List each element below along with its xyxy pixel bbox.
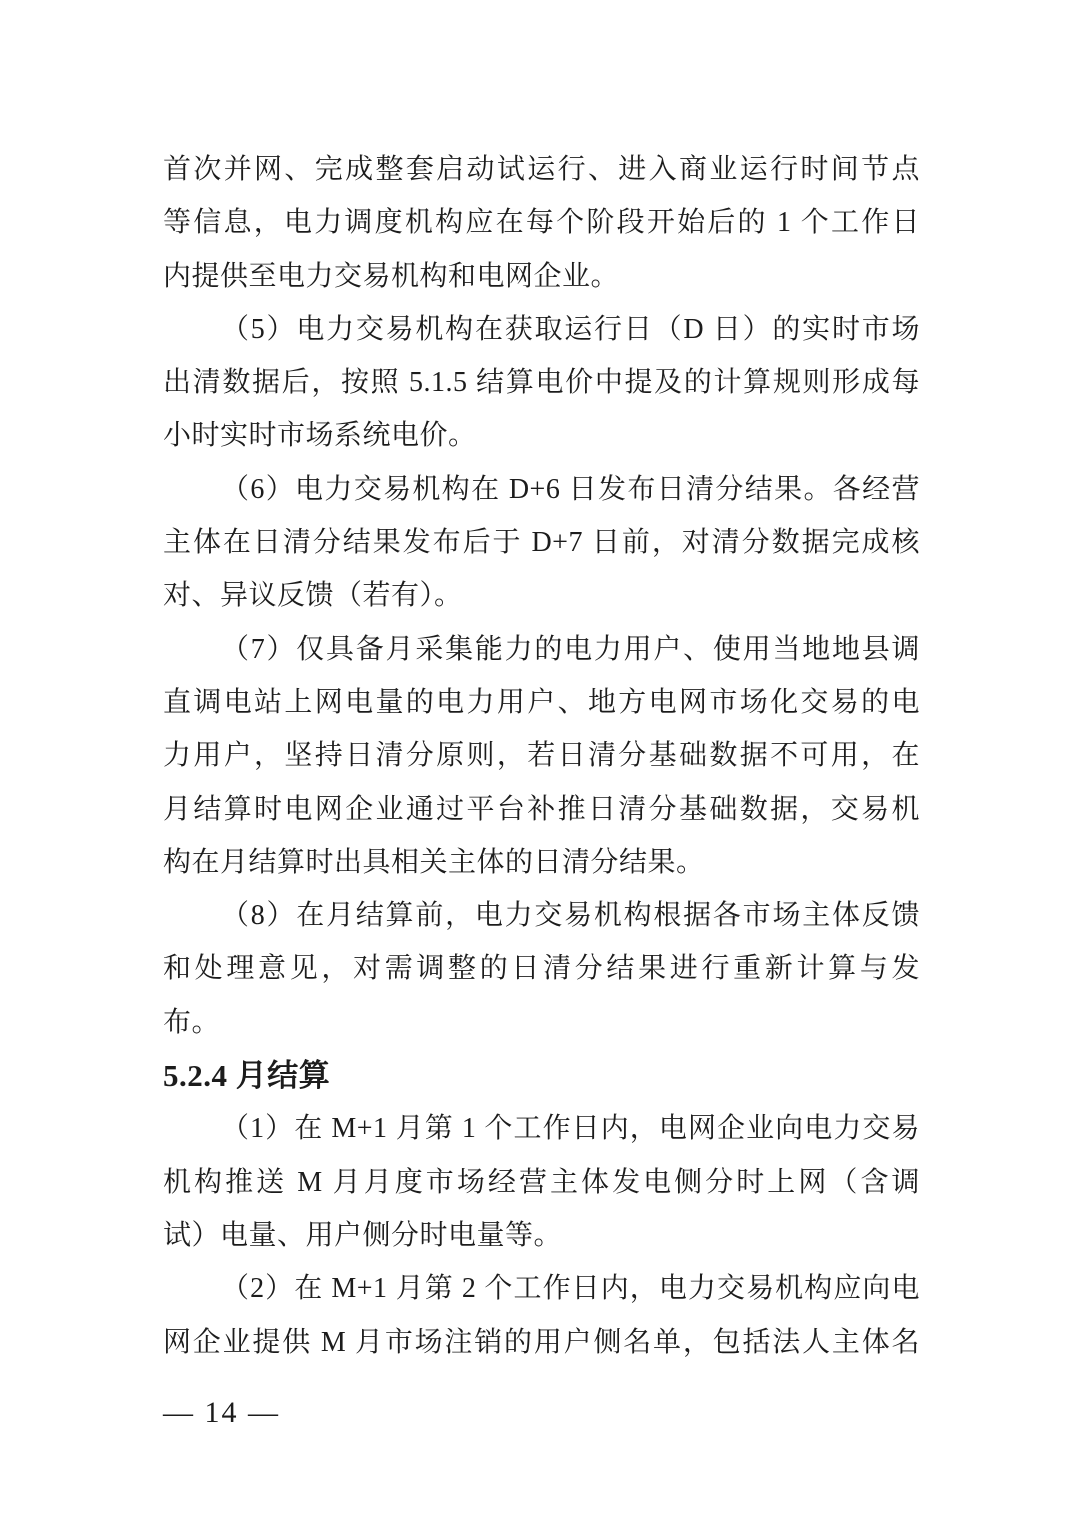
text-line: 试）电量、用户侧分时电量等。 xyxy=(163,1209,920,1262)
section-heading: 5.2.4 月结算 xyxy=(163,1049,920,1102)
text-line: （8）在月结算前，电力交易机构根据各市场主体反馈 xyxy=(163,889,920,942)
page-number: — 14 — xyxy=(163,1393,280,1433)
text-line: 网企业提供 M 月市场注销的用户侧名单，包括法人主体名 xyxy=(163,1316,920,1369)
text-line: 对、异议反馈（若有）。 xyxy=(163,569,920,622)
text-line: 直调电站上网电量的电力用户、地方电网市场化交易的电 xyxy=(163,676,920,729)
text-line: （5）电力交易机构在获取运行日（D 日）的实时市场 xyxy=(163,303,920,356)
text-line: 和处理意见，对需调整的日清分结果进行重新计算与发 xyxy=(163,942,920,995)
text-line: 构在月结算时出具相关主体的日清分结果。 xyxy=(163,836,920,889)
text-line: （2）在 M+1 月第 2 个工作日内，电力交易机构应向电 xyxy=(163,1262,920,1315)
text-line: （1）在 M+1 月第 1 个工作日内，电网企业向电力交易 xyxy=(163,1102,920,1155)
text-line: 首次并网、完成整套启动试运行、进入商业运行时间节点 xyxy=(163,143,920,196)
document-page: 首次并网、完成整套启动试运行、进入商业运行时间节点等信息，电力调度机构应在每个阶… xyxy=(0,0,1080,1527)
text-line: 小时实时市场系统电价。 xyxy=(163,409,920,462)
text-line: （6）电力交易机构在 D+6 日发布日清分结果。各经营 xyxy=(163,463,920,516)
text-line: 出清数据后，按照 5.1.5 结算电价中提及的计算规则形成每 xyxy=(163,356,920,409)
text-block: 首次并网、完成整套启动试运行、进入商业运行时间节点等信息，电力调度机构应在每个阶… xyxy=(163,143,920,1369)
text-line: 布。 xyxy=(163,996,920,1049)
text-line: 等信息，电力调度机构应在每个阶段开始后的 1 个工作日 xyxy=(163,196,920,249)
text-line: 主体在日清分结果发布后于 D+7 日前，对清分数据完成核 xyxy=(163,516,920,569)
text-line: 力用户，坚持日清分原则，若日清分基础数据不可用，在 xyxy=(163,729,920,782)
text-line: 内提供至电力交易机构和电网企业。 xyxy=(163,250,920,303)
text-line: （7）仅具备月采集能力的电力用户、使用当地地县调 xyxy=(163,623,920,676)
text-line: 月结算时电网企业通过平台补推日清分基础数据，交易机 xyxy=(163,783,920,836)
text-line: 机构推送 M 月月度市场经营主体发电侧分时上网（含调 xyxy=(163,1156,920,1209)
